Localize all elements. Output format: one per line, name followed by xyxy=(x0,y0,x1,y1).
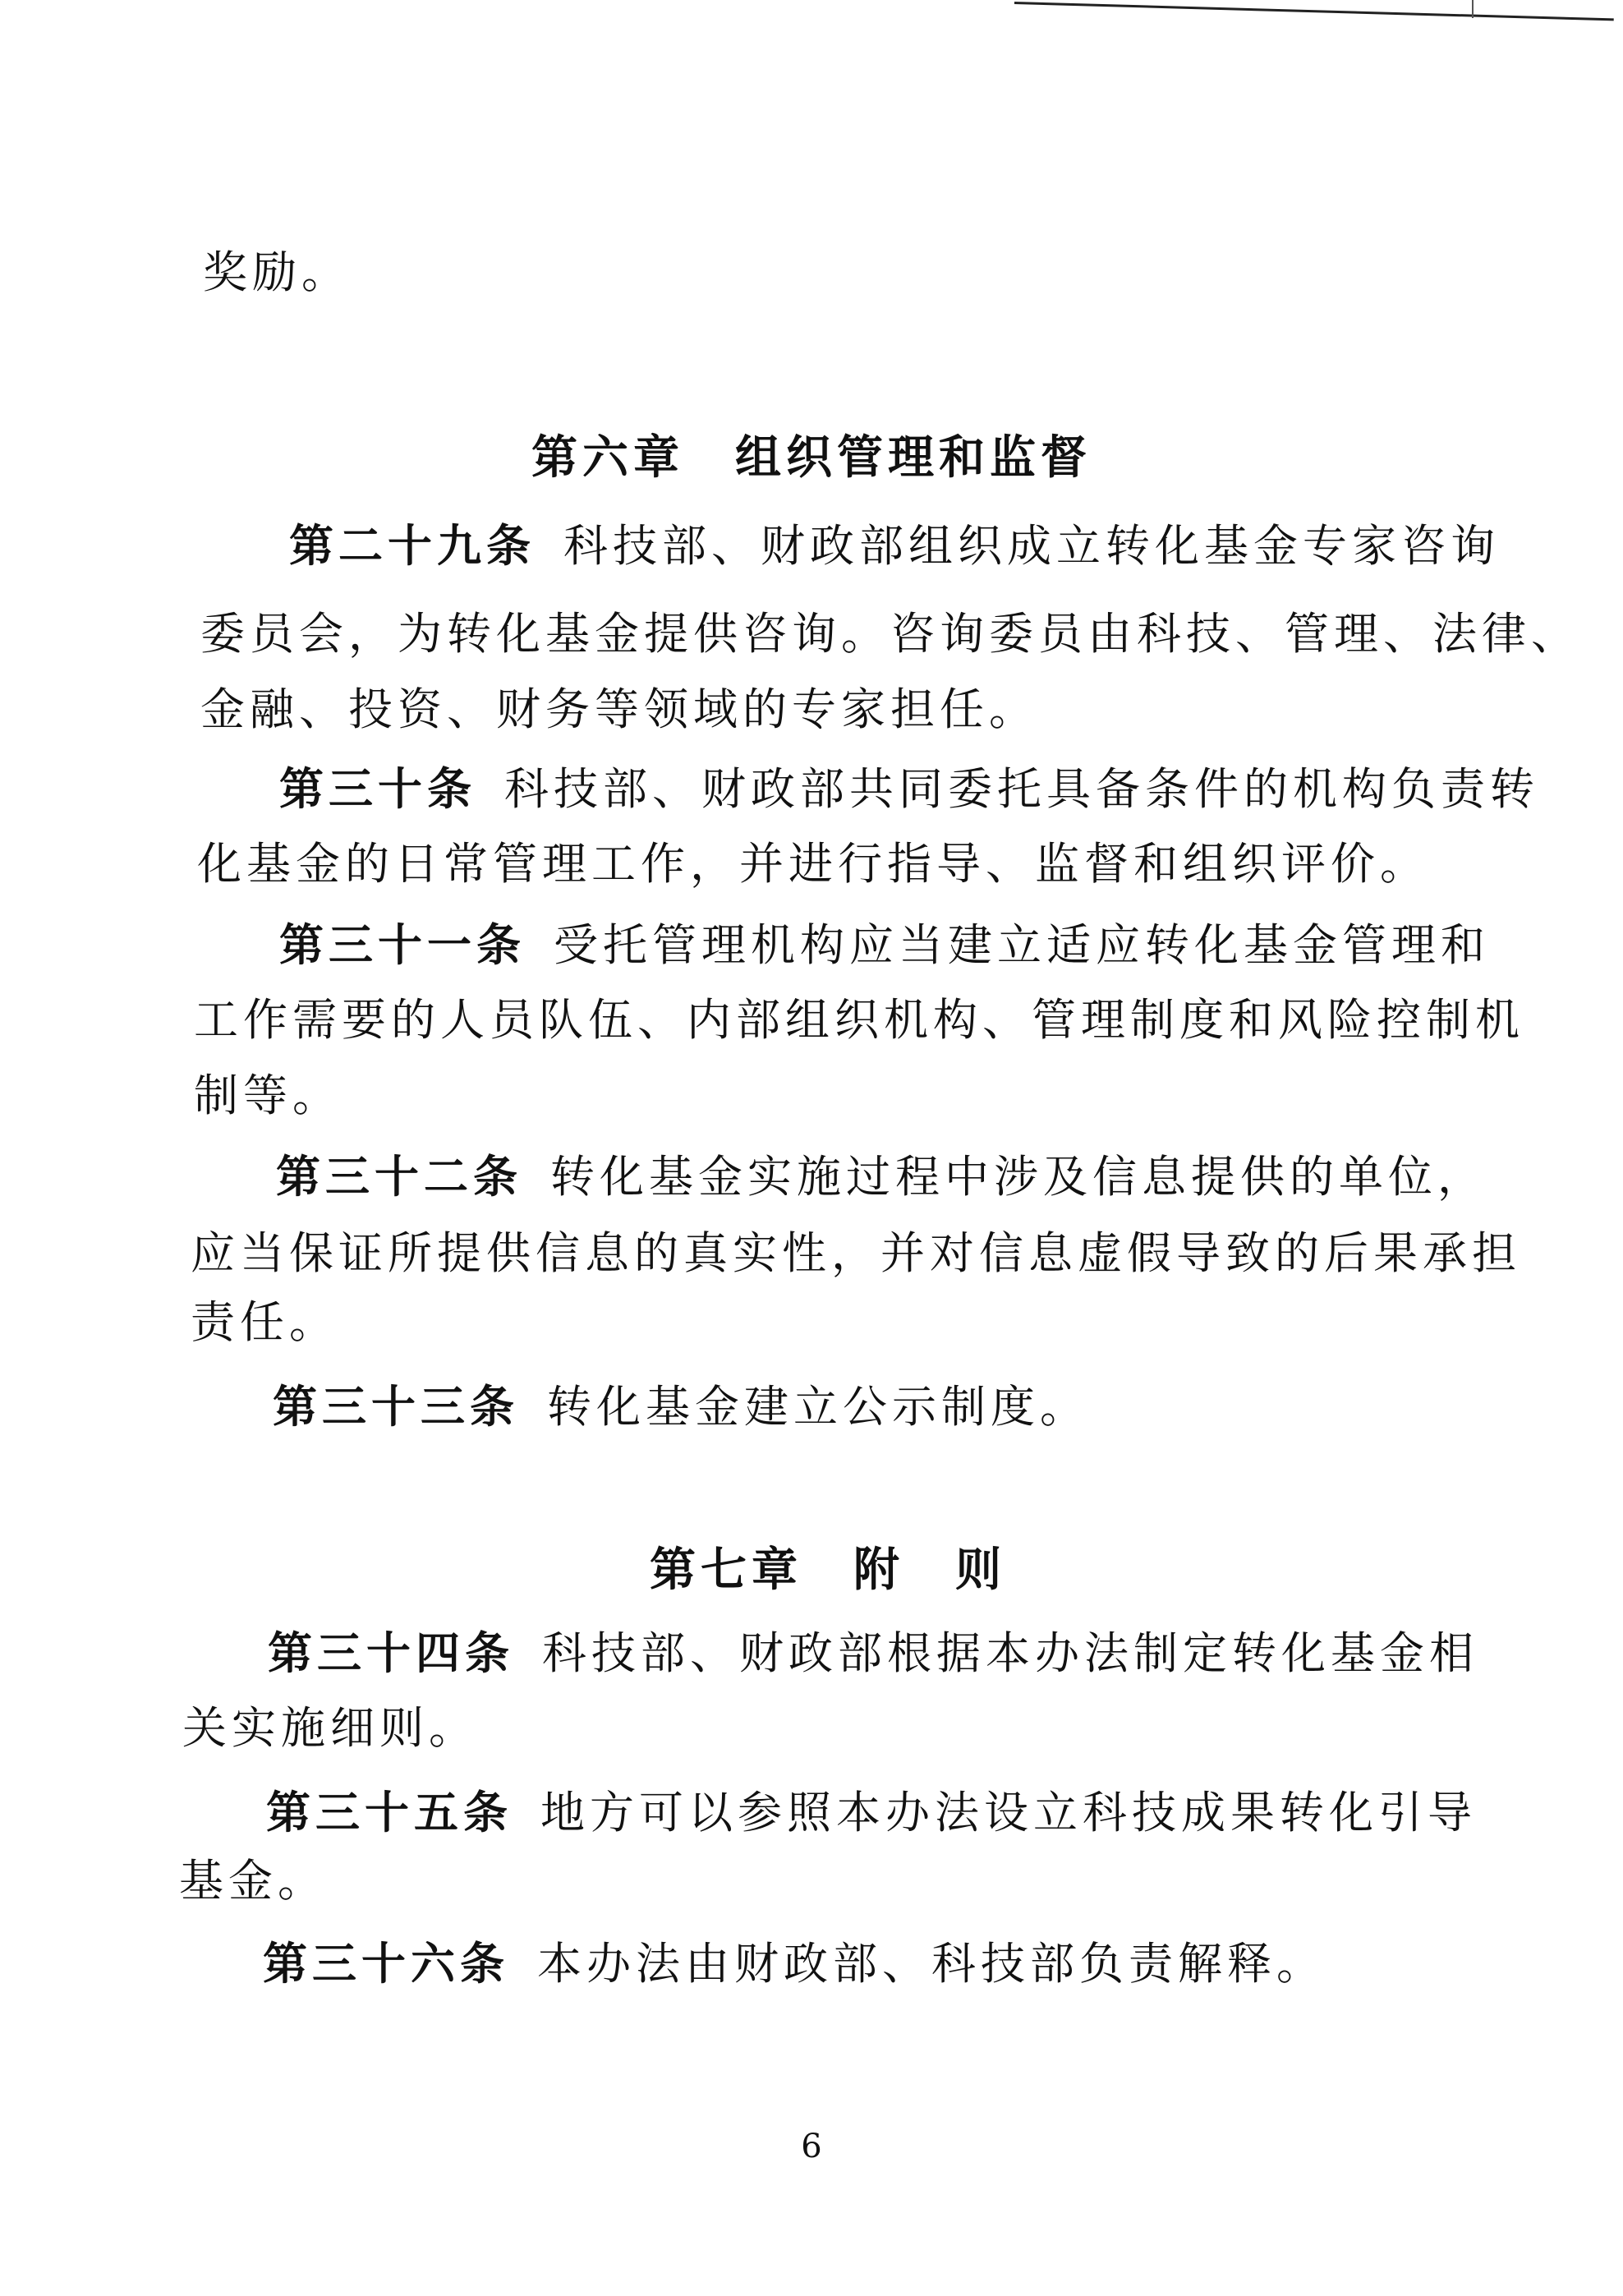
article-33-label: 第三十三条 xyxy=(273,1380,519,1433)
article-32-label: 第三十二条 xyxy=(276,1150,522,1203)
article-35-text: 地方可以参照本办法设立科技成果转化引导 xyxy=(540,1787,1477,1838)
article-29-line-3: 金融、投资、财务等领域的专家担任。 xyxy=(200,683,1038,736)
scan-edge-line xyxy=(1014,2,1614,21)
article-31-text: 受托管理机构应当建立适应转化基金管理和 xyxy=(554,919,1490,971)
article-35-line-2: 基金。 xyxy=(179,1855,327,1907)
article-31-line-3: 制等。 xyxy=(194,1070,342,1122)
article-30-line-2: 化基金的日常管理工作，并进行指导、监督和组织评价。 xyxy=(197,838,1429,890)
article-32-line-2: 应当保证所提供信息的真实性，并对信息虚假导致的后果承担 xyxy=(191,1227,1521,1280)
article-34-text: 科技部、财政部根据本办法制定转化基金相 xyxy=(542,1627,1478,1679)
chapter-6-title: 第六章 组织管理和监督 xyxy=(0,430,1623,485)
article-32-text: 转化基金实施过程中涉及信息提供的单位， xyxy=(550,1151,1487,1203)
article-32-line-3: 责任。 xyxy=(191,1296,338,1349)
article-29-text: 科技部、财政部组织成立转化基金专家咨询 xyxy=(563,520,1500,572)
article-36-text: 本办法由财政部、科技部负责解释。 xyxy=(537,1938,1326,1990)
article-29-line-2: 委员会，为转化基金提供咨询。咨询委员由科技、管理、法律、 xyxy=(200,608,1580,660)
article-31-line-1: 第三十一条受托管理机构应当建立适应转化基金管理和 xyxy=(279,918,1490,972)
article-33-line-1: 第三十三条转化基金建立公示制度。 xyxy=(273,1380,1089,1433)
article-36-line-1: 第三十六条本办法由财政部、科技部负责解释。 xyxy=(263,1937,1326,1990)
article-35-line-1: 第三十五条地方可以参照本办法设立科技成果转化引导 xyxy=(266,1786,1477,1839)
article-30-line-1: 第三十条科技部、财政部共同委托具备条件的机构负责转 xyxy=(279,762,1539,816)
article-34-line-2: 关实施细则。 xyxy=(182,1702,478,1755)
article-29-line-1: 第二十九条科技部、财政部组织成立转化基金专家咨询 xyxy=(289,519,1500,573)
article-36-label: 第三十六条 xyxy=(263,1937,509,1990)
article-32-line-1: 第三十二条转化基金实施过程中涉及信息提供的单位， xyxy=(276,1150,1487,1203)
article-30-text: 科技部、财政部共同委托具备条件的机构负责转 xyxy=(504,763,1539,815)
article-34-line-1: 第三十四条科技部、财政部根据本办法制定转化基金相 xyxy=(268,1627,1478,1680)
page-number: 6 xyxy=(0,2128,1623,2165)
carryover-text: 奖励。 xyxy=(203,246,351,299)
scan-edge-mark xyxy=(1472,0,1474,18)
article-34-label: 第三十四条 xyxy=(268,1627,514,1679)
article-31-label: 第三十一条 xyxy=(279,918,526,971)
article-29-label: 第二十九条 xyxy=(289,519,536,572)
article-30-label: 第三十条 xyxy=(279,762,476,815)
chapter-7-title: 第七章 附 则 xyxy=(16,1543,1623,1597)
article-35-label: 第三十五条 xyxy=(266,1786,513,1838)
article-33-text: 转化基金建立公示制度。 xyxy=(547,1381,1089,1433)
article-31-line-2: 工作需要的人员队伍、内部组织机构、管理制度和风险控制机 xyxy=(194,994,1524,1047)
